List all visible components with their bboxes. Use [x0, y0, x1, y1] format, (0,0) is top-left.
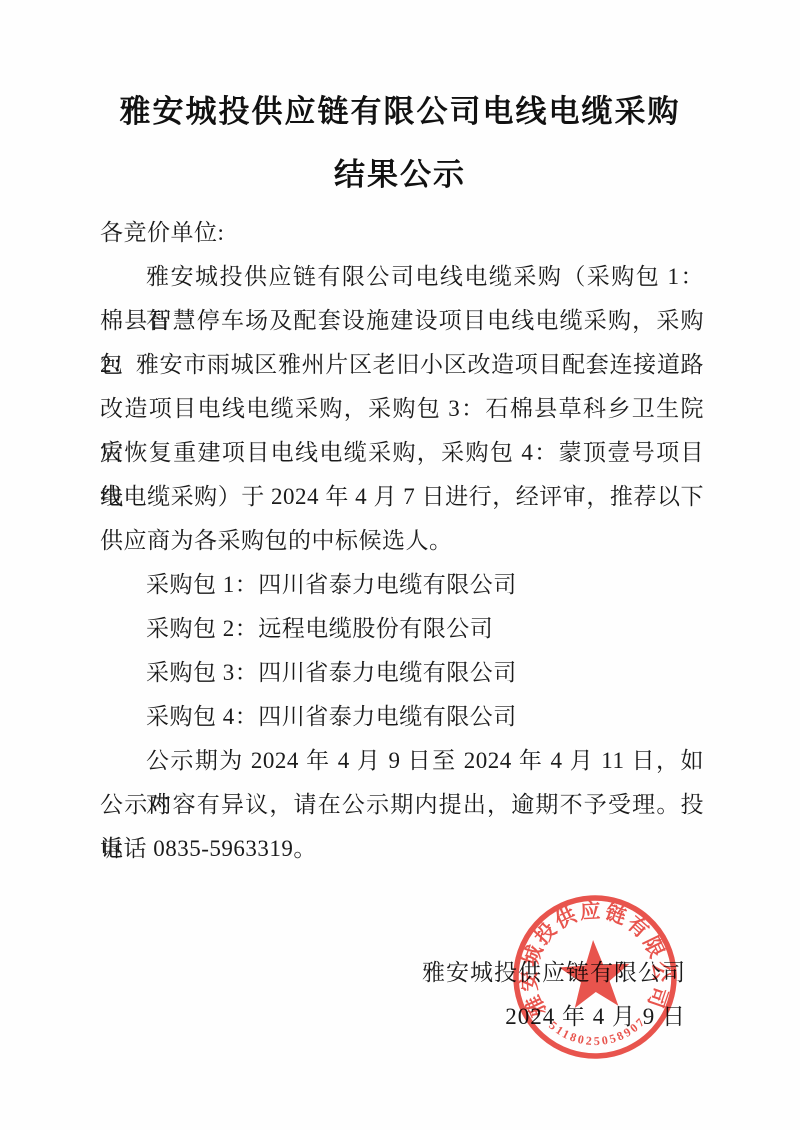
paragraph1-line: 2：雅安市雨城区雅州片区老旧小区改造项目配套连接道路 — [100, 343, 704, 387]
announcement-document: 雅安城投供应链有限公司电线电缆采购 结果公示 各竞价单位: 雅安城投供应链有限公… — [0, 0, 800, 1130]
document-body: 各竞价单位: 雅安城投供应链有限公司电线电缆采购（采购包 1：石 棉县智慧停车场… — [100, 211, 704, 871]
package-result-3: 采购包 3：四川省泰力电缆有限公司 — [100, 651, 704, 695]
paragraph2-line: 公示内容有异议，请在公示期内提出，逾期不予受理。投诉 — [100, 783, 704, 827]
paragraph1-line: 棉县智慧停车场及配套设施建设项目电线电缆采购，采购包 — [100, 299, 704, 343]
paragraph1-line: 线电缆采购）于 2024 年 4 月 7 日进行，经评审，推荐以下 — [100, 475, 704, 519]
company-seal: 雅安城投供应链有限公司 5118025058907 — [503, 885, 688, 1070]
document-title-line1: 雅安城投供应链有限公司电线电缆采购 — [0, 0, 800, 133]
package-result-4: 采购包 4：四川省泰力电缆有限公司 — [100, 695, 704, 739]
package-result-2: 采购包 2：远程电缆股份有限公司 — [100, 607, 704, 651]
paragraph1-line: 供应商为各采购包的中标候选人。 — [100, 519, 704, 563]
document-title-line2: 结果公示 — [0, 154, 800, 196]
paragraph2-line: 公示期为 2024 年 4 月 9 日至 2024 年 4 月 11 日，如对 — [100, 739, 704, 783]
paragraph1-line: 雅安城投供应链有限公司电线电缆采购（采购包 1：石 — [100, 255, 704, 299]
paragraph1-line: 后恢复重建项目电线电缆采购，采购包 4：蒙顶壹号项目电 — [100, 431, 704, 475]
salutation: 各竞价单位: — [100, 211, 704, 255]
paragraph2-line: 电话 0835-5963319。 — [100, 827, 704, 871]
paragraph1-line: 改造项目电线电缆采购，采购包 3：石棉县草科乡卫生院灾 — [100, 387, 704, 431]
package-result-1: 采购包 1：四川省泰力电缆有限公司 — [100, 563, 704, 607]
seal-star-icon — [558, 938, 632, 1008]
